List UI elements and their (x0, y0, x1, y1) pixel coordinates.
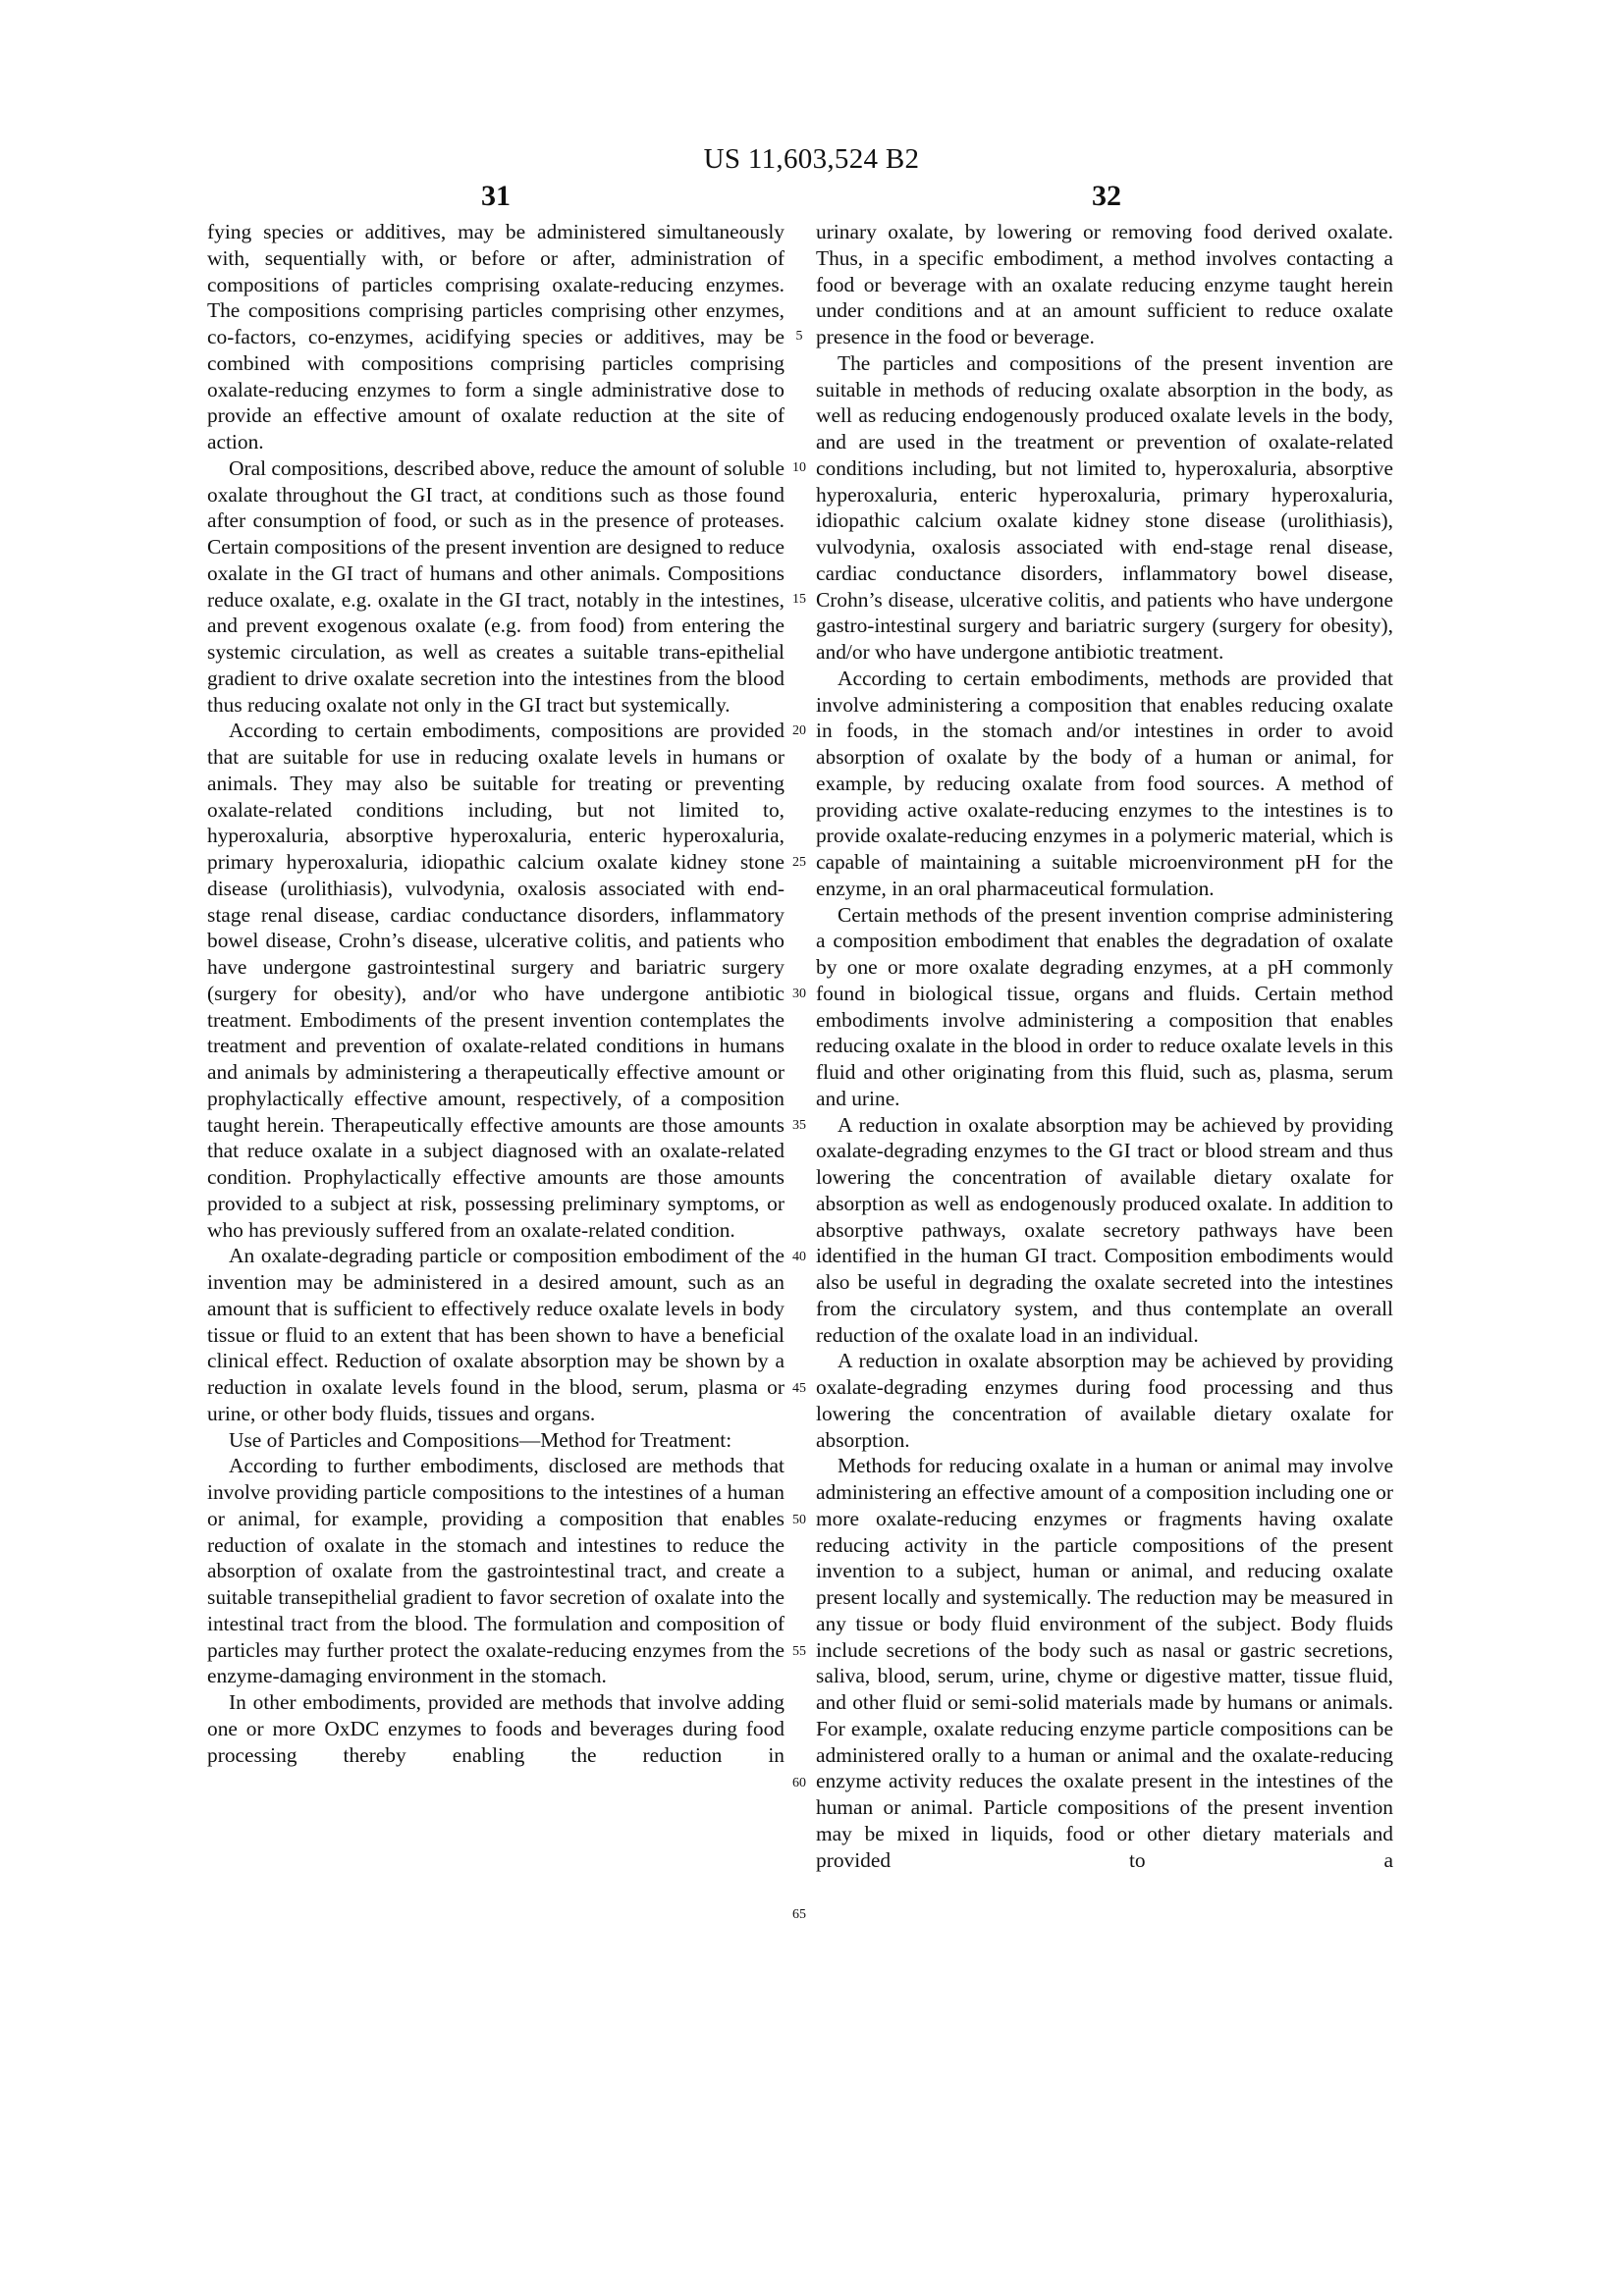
paragraph: The particles and compositions of the pr… (816, 350, 1393, 666)
paragraph: Methods for reducing oxalate in a human … (816, 1453, 1393, 1873)
line-number: 15 (785, 587, 813, 614)
line-number: 60 (785, 1771, 813, 1797)
right-text-column: urinary oxalate, by lowering or removing… (816, 219, 1393, 1873)
line-number: 5 (785, 324, 813, 350)
line-number: 55 (785, 1639, 813, 1666)
paragraph: urinary oxalate, by lowering or removing… (816, 219, 1393, 350)
paragraph: A reduction in oxalate absorption may be… (816, 1112, 1393, 1349)
paragraph: In other embodiments, provided are metho… (207, 1689, 784, 1768)
line-number: 45 (785, 1376, 813, 1403)
line-number: 50 (785, 1508, 813, 1534)
column-number-right: 32 (1057, 180, 1156, 213)
paragraph: fying species or additives, may be admin… (207, 219, 784, 455)
line-number: 25 (785, 850, 813, 877)
paragraph: According to further embodiments, disclo… (207, 1453, 784, 1689)
paragraph: According to certain embodiments, method… (816, 666, 1393, 902)
paragraph: According to certain embodiments, compos… (207, 718, 784, 1243)
paragraph: Certain methods of the present invention… (816, 902, 1393, 1112)
left-text-column: fying species or additives, may be admin… (207, 219, 784, 1768)
line-number: 40 (785, 1245, 813, 1271)
paragraph: A reduction in oxalate absorption may be… (816, 1348, 1393, 1453)
paragraph: An oxalate-degrading particle or composi… (207, 1243, 784, 1426)
line-number: 10 (785, 455, 813, 482)
section-heading: Use of Particles and Compositions—Method… (207, 1427, 784, 1454)
line-number: 20 (785, 719, 813, 745)
paragraph: Oral compositions, described above, redu… (207, 455, 784, 719)
line-number: 65 (785, 1902, 813, 1929)
line-number: 30 (785, 982, 813, 1008)
column-number-left: 31 (447, 180, 545, 213)
line-number: 35 (785, 1113, 813, 1140)
patent-number: US 11,603,524 B2 (0, 143, 1623, 176)
